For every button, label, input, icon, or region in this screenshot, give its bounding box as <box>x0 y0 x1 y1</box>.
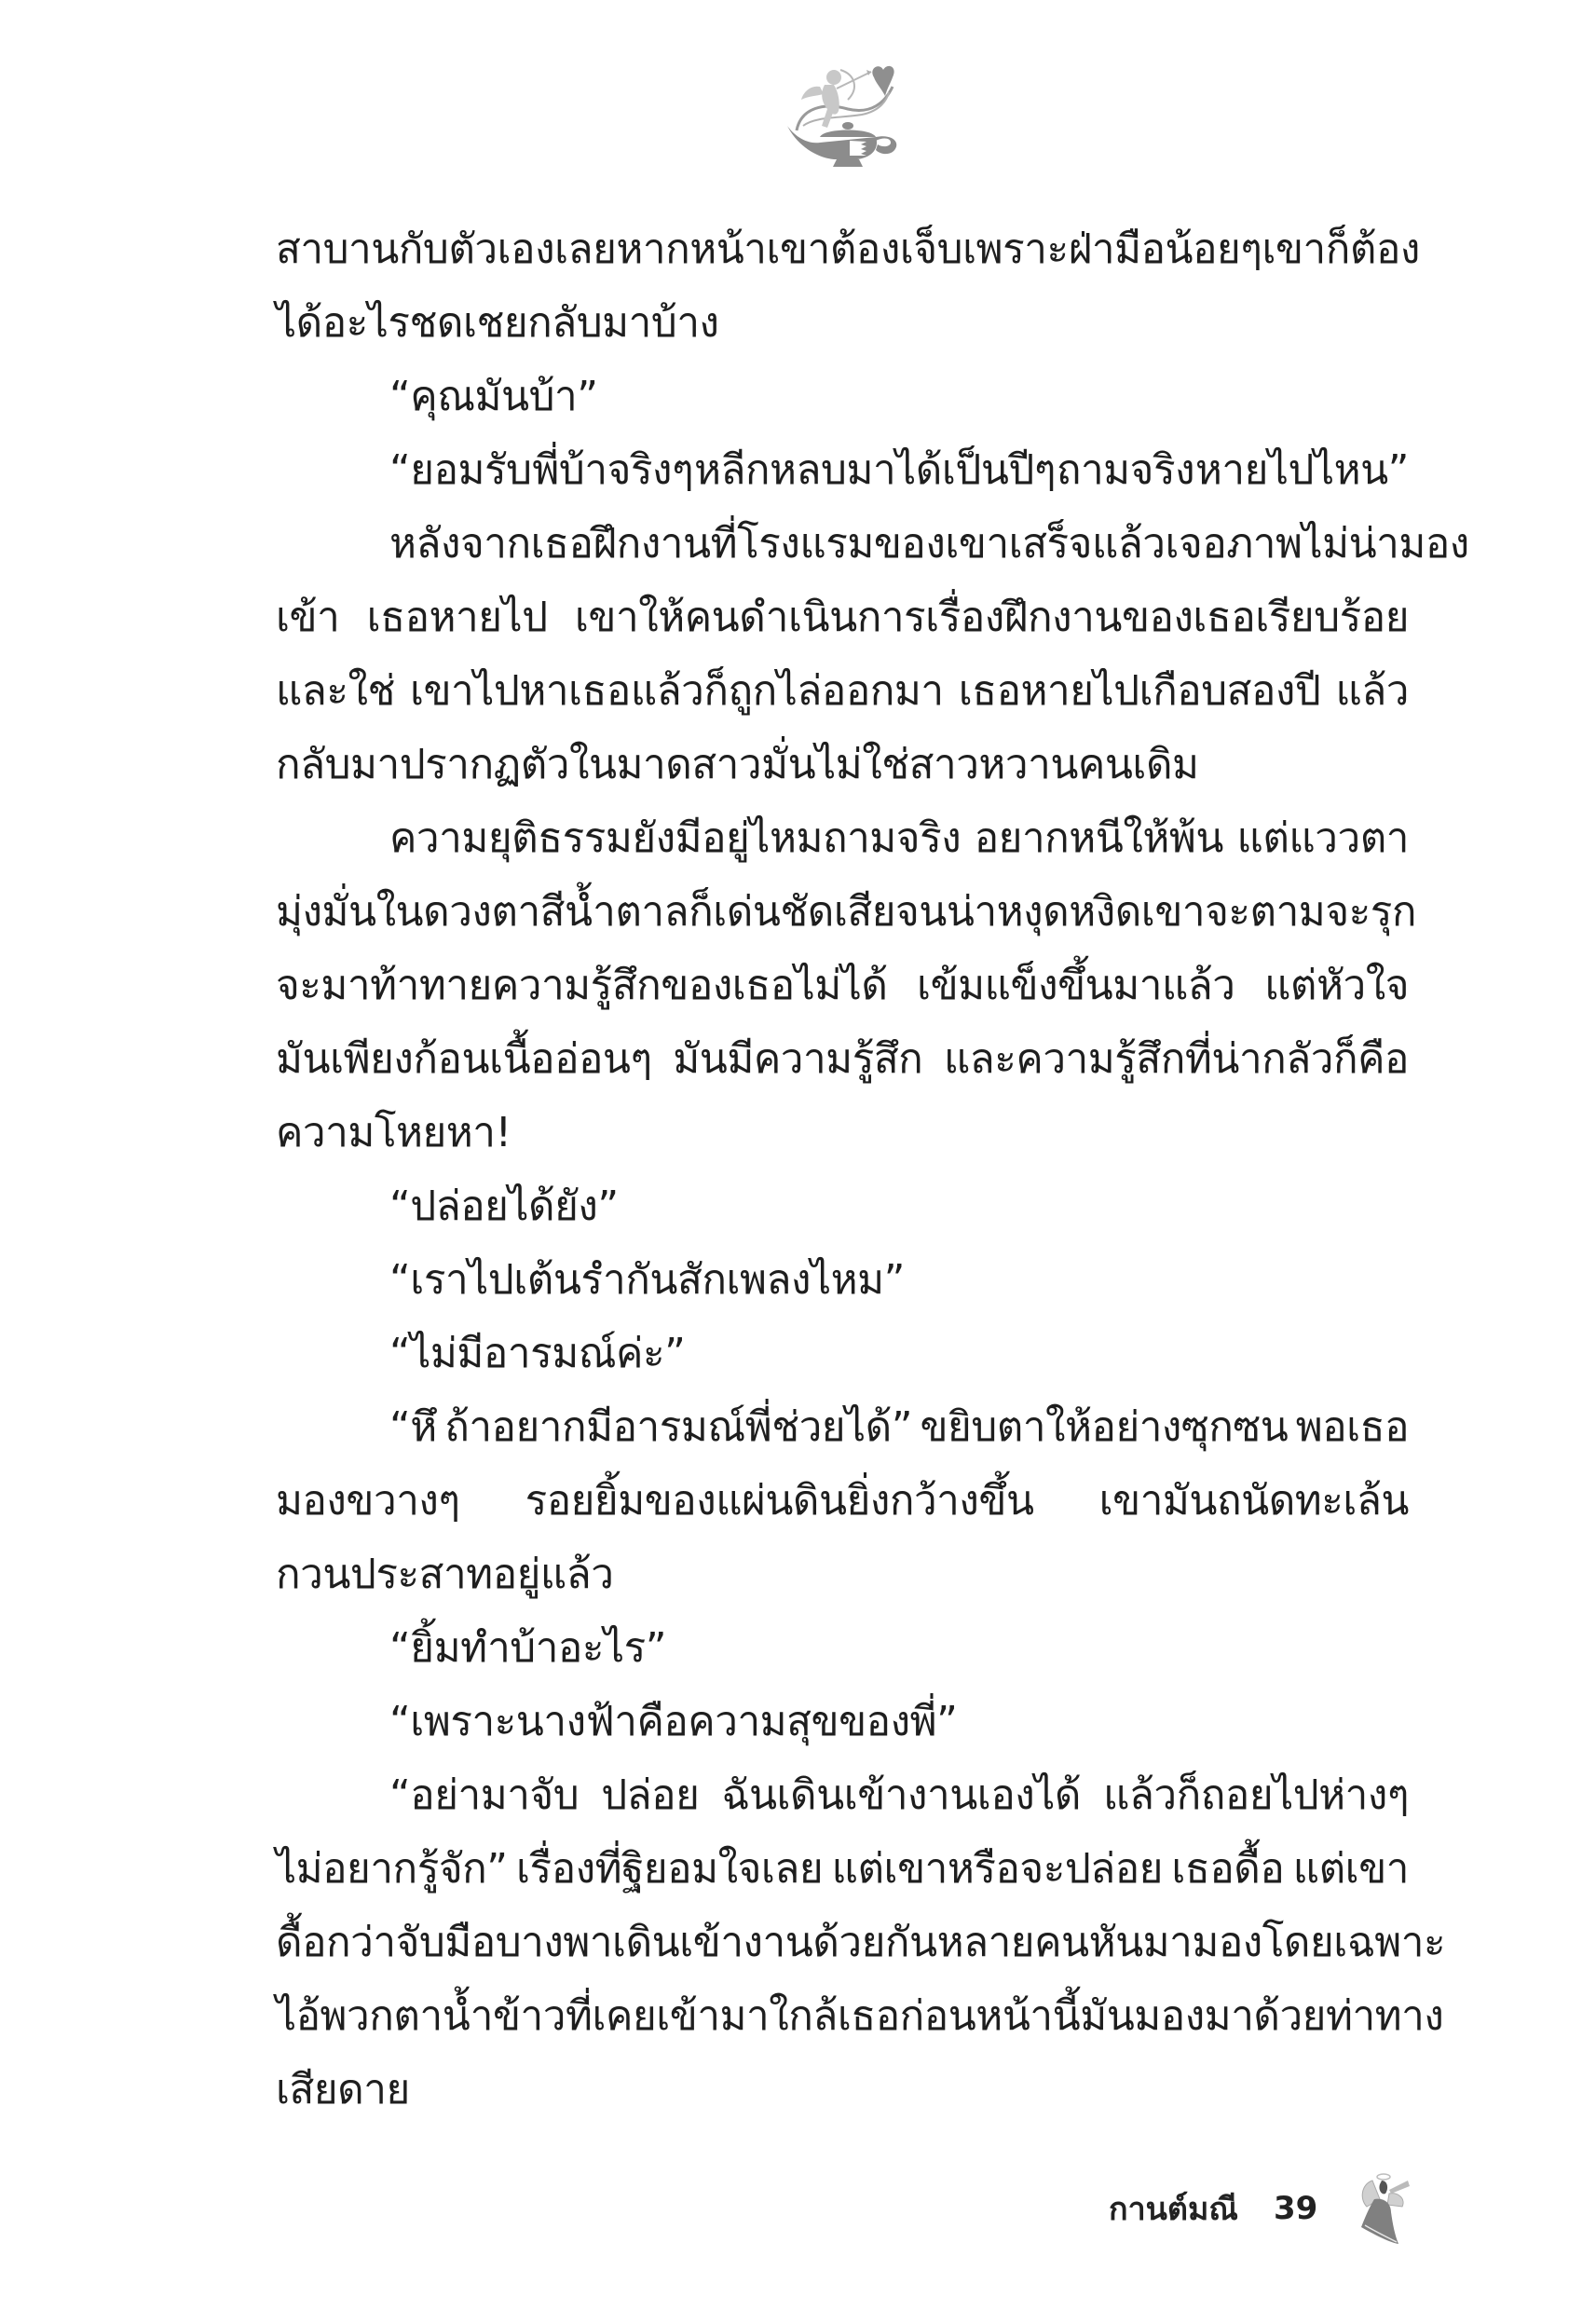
word: แล้วเจอภาพไม่น่ามอง <box>1092 507 1469 581</box>
word: และความรู้สึกที่น่ากลัวก็คือ <box>944 1022 1409 1096</box>
word: หากหน้าเขาต้องเจ็บเพราะฝ่ามือน้อยๆ <box>616 212 1262 286</box>
word: เธอดื้อ <box>1171 1832 1284 1906</box>
word: เขาก็ต้อง <box>1262 212 1419 286</box>
word: มันมองมาด้วยท่าทาง <box>1080 1979 1443 2053</box>
text-line: ดื้อกว่าจับมือบางพาเดินเข้างานด้วยกันหลา… <box>276 1906 1409 1979</box>
word: และใช่ <box>276 654 395 728</box>
word: แต่หัวใจ <box>1264 949 1409 1022</box>
text-line: เข้าเธอหายไปเขาให้คนดำเนินการเรื่องฝึกงา… <box>276 581 1409 654</box>
word: เขาไปหาเธอแล้วก็ถูกไล่ออกมา <box>410 654 944 728</box>
word: ปล่อย <box>601 1758 699 1832</box>
word: มุ่งมั่นในดวงตาสีน้ำตาลก็เด่นชัดเสียจนน่… <box>276 875 1141 949</box>
word: พี่บ้าจริงๆ <box>532 433 693 507</box>
text-line: เสียดาย <box>276 2053 1409 2126</box>
text-line: และใช่เขาไปหาเธอแล้วก็ถูกไล่ออกมาเธอหายไ… <box>276 654 1409 728</box>
dialogue-line: “คุณมันบ้า” <box>276 360 1409 433</box>
word: ถ้าอยากมีอารมณ์พี่ช่วยได้” <box>444 1390 912 1464</box>
word: เขาให้คนดำเนินการเรื่องฝึกงานของเธอเรียบ… <box>575 581 1409 654</box>
dialogue-line: “เราไปเต้นรำกันสักเพลงไหม” <box>276 1243 1409 1317</box>
text-line: ได้อะไรชดเชยกลับมาบ้าง <box>276 286 1409 360</box>
word: “ยอมรับ <box>389 433 532 507</box>
word: หลายคนหันมามอง <box>937 1906 1262 1979</box>
word: สาบานกับตัวเองเลย <box>276 212 616 286</box>
word: อยากหนีให้พ้น <box>975 801 1223 875</box>
word: ความยุติธรรมยังมีอยู่ไหมถามจริง <box>389 801 961 875</box>
dialogue-line: “หึถ้าอยากมีอารมณ์พี่ช่วยได้”ขยิบตาให้อย… <box>276 1390 1409 1464</box>
word: โดยเฉพาะ <box>1262 1906 1445 1979</box>
word: เธอหายไปเกือบสองปี <box>959 654 1321 728</box>
text-line: ความโหยหา! <box>276 1096 1409 1169</box>
word: ขยิบตาให้อย่างซุกซน <box>920 1390 1288 1464</box>
word: แล้ว <box>1335 654 1409 728</box>
word: หายไปไหน” <box>1195 433 1409 507</box>
page-footer: กานต์มณี 39 <box>1109 2185 1317 2232</box>
genie-lamp-cupid-icon <box>783 51 904 168</box>
text-line: มองขวางๆรอยยิ้มของแผ่นดินยิ่งกว้างขึ้นเข… <box>276 1464 1409 1538</box>
text-line: กวนประสาทอยู่แล้ว <box>276 1538 1409 1611</box>
word: จะมาท้าทายความรู้สึกของเธอไม่ได้ <box>276 949 887 1022</box>
dialogue-line: “ยิ้มทำบ้าอะไร” <box>276 1611 1409 1685</box>
word: แต่เขา <box>1293 1832 1409 1906</box>
word: แต่แววตา <box>1236 801 1409 875</box>
text-line: ไม่อยากรู้จัก”เรื่องที่ฐิยอมใจเลยแต่เขาห… <box>276 1832 1409 1906</box>
word: ไอ้พวกตาน้ำข้าวที่เคยเข้ามาใกล้เธอก่อนหน… <box>276 1979 1080 2053</box>
book-title: กานต์มณี <box>1109 2183 1238 2234</box>
word: เข้มแข็งขึ้นมาแล้ว <box>917 949 1235 1022</box>
word: ฉันเดินเข้างานเองได้ <box>721 1758 1081 1832</box>
page-number: 39 <box>1274 2190 1317 2227</box>
word: หลังจากเธอฝึกงานที่โรงแรมของเขาเสร็จ <box>389 507 1092 581</box>
word: หลีกหลบมาได้เป็นปีๆ <box>694 433 1056 507</box>
word: เธอหายไป <box>367 581 548 654</box>
word: มันมีความรู้สึก <box>673 1022 922 1096</box>
text-line: สาบานกับตัวเองเลยหากหน้าเขาต้องเจ็บเพราะ… <box>276 212 1409 286</box>
dialogue-line: “ไม่มีอารมณ์ค่ะ” <box>276 1317 1409 1390</box>
text-line: มันเพียงก้อนเนื้ออ่อนๆมันมีความรู้สึกและ… <box>276 1022 1409 1096</box>
word: มองขวางๆ <box>276 1464 460 1538</box>
dialogue-line: “ปล่อยได้ยัง” <box>276 1169 1409 1243</box>
dialogue-line: “ยอมรับพี่บ้าจริงๆหลีกหลบมาได้เป็นปีๆถาม… <box>276 433 1409 507</box>
word: พอเธอ <box>1296 1390 1409 1464</box>
word: จับมือบางพาเดินเข้างานด้วยกัน <box>396 1906 937 1979</box>
word: จะรุก <box>1325 875 1416 949</box>
word: ถามจริง <box>1057 433 1194 507</box>
word: เขามันถนัดทะเล้น <box>1099 1464 1409 1538</box>
word: ดื้อกว่า <box>276 1906 396 1979</box>
dialogue-line: “อย่ามาจับปล่อยฉันเดินเข้างานเองได้แล้วก… <box>276 1758 1409 1832</box>
word: “หึ <box>389 1390 437 1464</box>
word: เรื่องที่ฐิยอมใจเลย <box>516 1832 823 1906</box>
paragraph-start-line: ความยุติธรรมยังมีอยู่ไหมถามจริงอยากหนีให… <box>276 801 1409 875</box>
body-text: สาบานกับตัวเองเลยหากหน้าเขาต้องเจ็บเพราะ… <box>276 212 1409 2126</box>
word: “อย่ามาจับ <box>389 1758 579 1832</box>
word: เขาจะตาม <box>1141 875 1326 949</box>
text-line: จะมาท้าทายความรู้สึกของเธอไม่ได้เข้มแข็ง… <box>276 949 1409 1022</box>
word: ไม่อยากรู้จัก” <box>276 1832 508 1906</box>
text-line: ไอ้พวกตาน้ำข้าวที่เคยเข้ามาใกล้เธอก่อนหน… <box>276 1979 1409 2053</box>
angel-trumpet-icon <box>1356 2171 1413 2246</box>
word: แล้วก็ถอยไปห่างๆ <box>1103 1758 1409 1832</box>
paragraph-start-line: หลังจากเธอฝึกงานที่โรงแรมของเขาเสร็จแล้ว… <box>276 507 1409 581</box>
text-line: มุ่งมั่นในดวงตาสีน้ำตาลก็เด่นชัดเสียจนน่… <box>276 875 1409 949</box>
word: รอยยิ้มของแผ่นดินยิ่งกว้างขึ้น <box>525 1464 1034 1538</box>
word: เข้า <box>276 581 339 654</box>
word: แต่เขาหรือจะปล่อย <box>832 1832 1163 1906</box>
text-line: กลับมาปรากฏตัวในมาดสาวมั่นไม่ใช่สาวหวานค… <box>276 728 1409 801</box>
dialogue-line: “เพราะนางฟ้าคือความสุขของพี่” <box>276 1685 1409 1758</box>
word: มันเพียงก้อนเนื้ออ่อนๆ <box>276 1022 652 1096</box>
